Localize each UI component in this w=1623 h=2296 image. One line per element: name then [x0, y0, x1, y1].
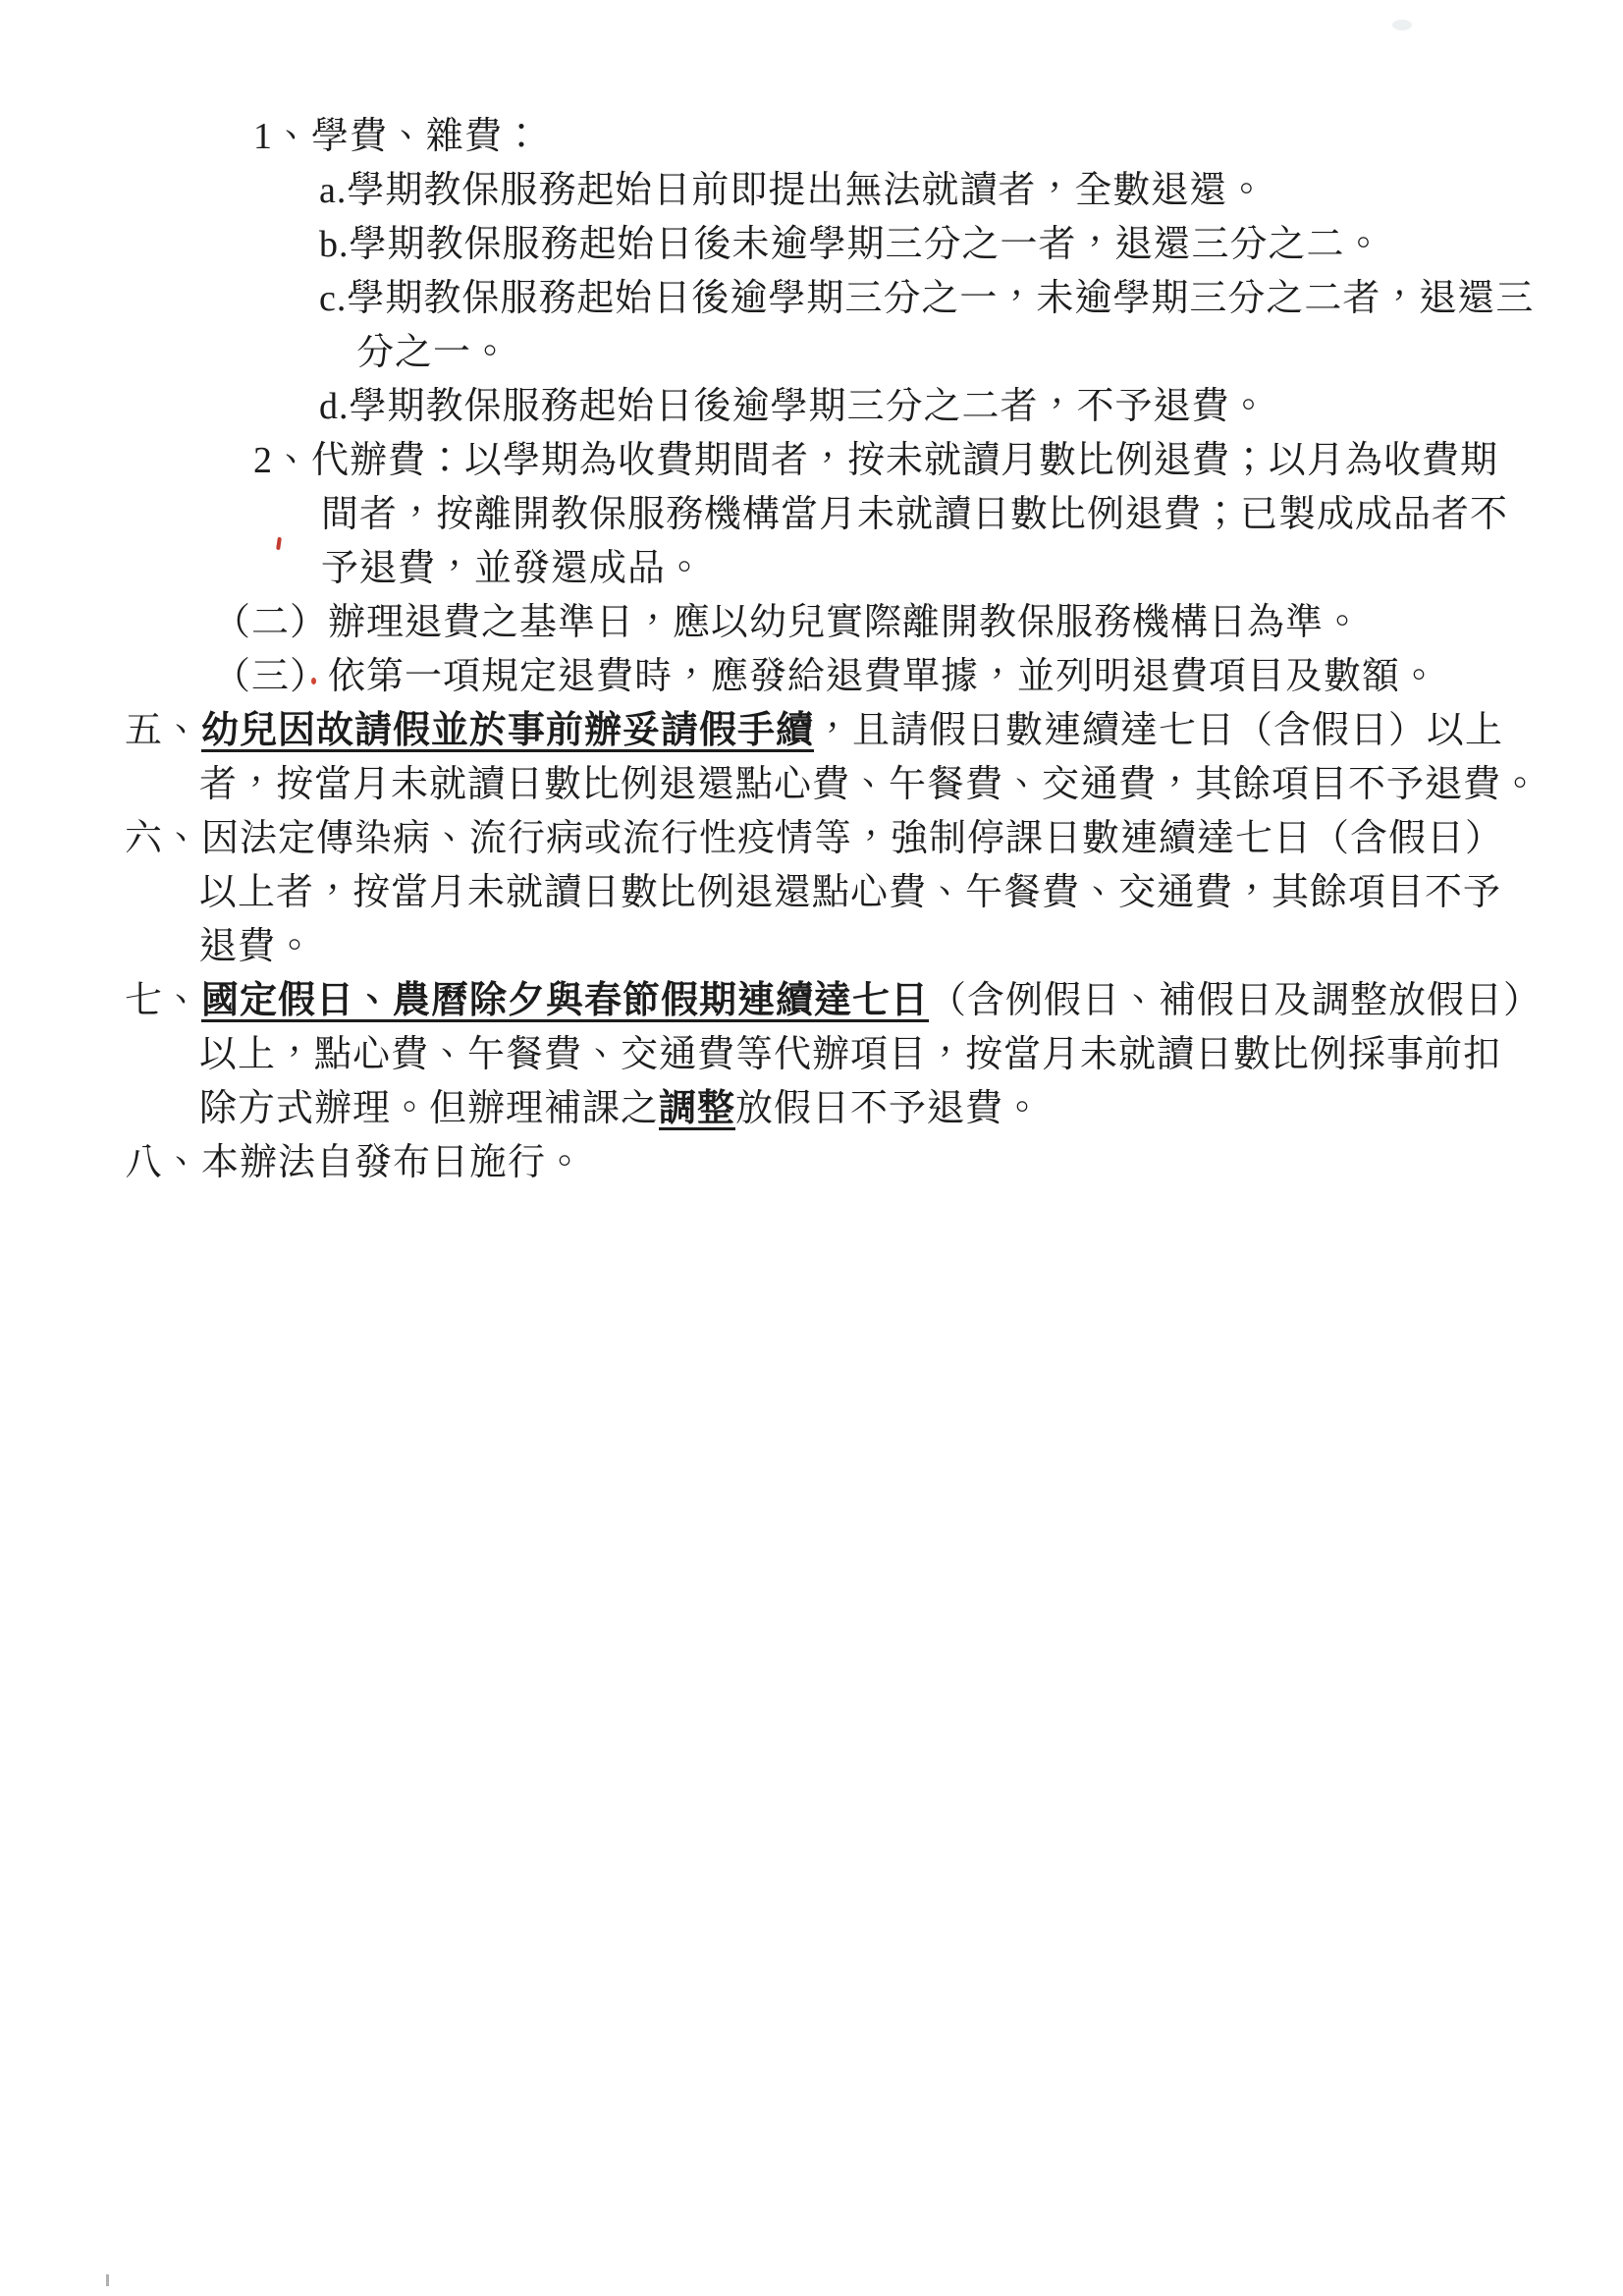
- text-segment: a.學期教保服務起始日前即提出無法就讀者，全數退還。: [319, 170, 1266, 211]
- text-line-item6-wrap2: 退費。: [199, 920, 1623, 974]
- scan-artifact-red-dot: [311, 678, 316, 684]
- document-body: 1、學費、雜費： a.學期教保服務起始日前即提出無法就讀者，全數退還。 b.學期…: [0, 110, 1623, 1190]
- text-line-item2-wrap2: 予退費，並發還成品。: [321, 542, 1623, 596]
- scan-speck: [106, 2274, 109, 2286]
- text-segment: 予退費，並發還成品。: [321, 548, 704, 589]
- text-segment: 2、代辦費：以學期為收費期間者，按未就讀月數比例退費；以月為收費期: [253, 440, 1498, 481]
- text-segment: 1、學費、雜費：: [253, 116, 541, 157]
- text-line-item1a: a.學期教保服務起始日前即提出無法就讀者，全數退還。: [319, 164, 1623, 218]
- text-line-item5: 五、幼兒因故請假並於事前辦妥請假手續，且請假日數連續達七日（含假日）以上: [125, 704, 1623, 758]
- text-segment: 分之一。: [356, 332, 510, 373]
- text-segment: （二）辦理退費之基準日，應以幼兒實際離開教保服務機構日為準。: [213, 602, 1362, 643]
- document-page: 1、學費、雜費： a.學期教保服務起始日前即提出無法就讀者，全數退還。 b.學期…: [0, 0, 1623, 2296]
- text-segment: c.學期教保服務起始日後逾學期三分之一，未逾學期三分之二者，退還三: [319, 278, 1534, 319]
- text-segment: 六、因法定傳染病、流行病或流行性疫情等，強制停課日數連續達七日（含假日）: [125, 818, 1503, 859]
- text-segment: 放假日不予退費。: [735, 1088, 1042, 1129]
- text-line-item5-wrap: 者，按當月未就讀日數比例退還點心費、午餐費、交通費，其餘項目不予退費。: [199, 758, 1623, 812]
- text-segment-underlined: 調整: [659, 1088, 735, 1129]
- text-segment: 八、本辦法自發布日施行。: [125, 1142, 584, 1183]
- text-segment: ，且請假日數連續達七日（含假日）以上: [814, 710, 1503, 751]
- text-segment: 退費。: [199, 926, 314, 967]
- text-line-item2-wrap1: 間者，按離開教保服務機構當月未就讀日數比例退費；已製成成品者不: [321, 488, 1623, 542]
- text-segment: 五、: [125, 710, 201, 751]
- text-line-paren3: （三）依第一項規定退費時，應發給退費單據，並列明退費項目及數額。: [213, 650, 1623, 704]
- text-line-item7-wrap2: 除方式辦理。但辦理補課之調整放假日不予退費。: [199, 1082, 1623, 1136]
- text-line-item6: 六、因法定傳染病、流行病或流行性疫情等，強制停課日數連續達七日（含假日）: [125, 812, 1623, 866]
- text-segment: 以上者，按當月未就讀日數比例退還點心費、午餐費、交通費，其餘項目不予: [199, 872, 1501, 913]
- text-segment-underlined: 幼兒因故請假並於事前辦妥請假手續: [201, 710, 814, 751]
- text-line-item6-wrap1: 以上者，按當月未就讀日數比例退還點心費、午餐費、交通費，其餘項目不予: [199, 866, 1623, 920]
- text-segment: 七、: [125, 980, 201, 1021]
- scan-smudge: [1392, 20, 1412, 30]
- text-segment: d.學期教保服務起始日後逾學期三分之二者，不予退費。: [319, 386, 1269, 427]
- text-line-item1d: d.學期教保服務起始日後逾學期三分之二者，不予退費。: [319, 380, 1623, 434]
- text-segment: 者，按當月未就讀日數比例退還點心費、午餐費、交通費，其餘項目不予退費。: [199, 764, 1540, 805]
- text-line-item1c-wrap: 分之一。: [356, 326, 1623, 380]
- text-segment: b.學期教保服務起始日後未逾學期三分之一者，退還三分之二。: [319, 224, 1383, 265]
- text-line-paren2: （二）辦理退費之基準日，應以幼兒實際離開教保服務機構日為準。: [213, 596, 1623, 650]
- text-segment: 除方式辦理。但辦理補課之: [199, 1088, 659, 1129]
- text-line-item2: 2、代辦費：以學期為收費期間者，按未就讀月數比例退費；以月為收費期: [253, 434, 1623, 488]
- text-line-item1-heading: 1、學費、雜費：: [253, 110, 1623, 164]
- text-line-item7: 七、國定假日、農曆除夕與春節假期連續達七日（含例假日、補假日及調整放假日）: [125, 974, 1623, 1028]
- text-line-item1c: c.學期教保服務起始日後逾學期三分之一，未逾學期三分之二者，退還三: [319, 272, 1623, 326]
- text-line-item7-wrap1: 以上，點心費、午餐費、交通費等代辦項目，按當月未就讀日數比例採事前扣: [199, 1028, 1623, 1082]
- text-line-item8: 八、本辦法自發布日施行。: [125, 1136, 1623, 1190]
- text-segment: （三）依第一項規定退費時，應發給退費單據，並列明退費項目及數額。: [213, 656, 1438, 697]
- text-segment: 間者，按離開教保服務機構當月未就讀日數比例退費；已製成成品者不: [321, 494, 1508, 535]
- text-segment: （含例假日、補假日及調整放假日）: [929, 980, 1542, 1021]
- text-line-item1b: b.學期教保服務起始日後未逾學期三分之一者，退還三分之二。: [319, 218, 1623, 272]
- text-segment: 以上，點心費、午餐費、交通費等代辦項目，按當月未就讀日數比例採事前扣: [199, 1034, 1501, 1075]
- text-segment-underlined: 國定假日、農曆除夕與春節假期連續達七日: [201, 980, 929, 1021]
